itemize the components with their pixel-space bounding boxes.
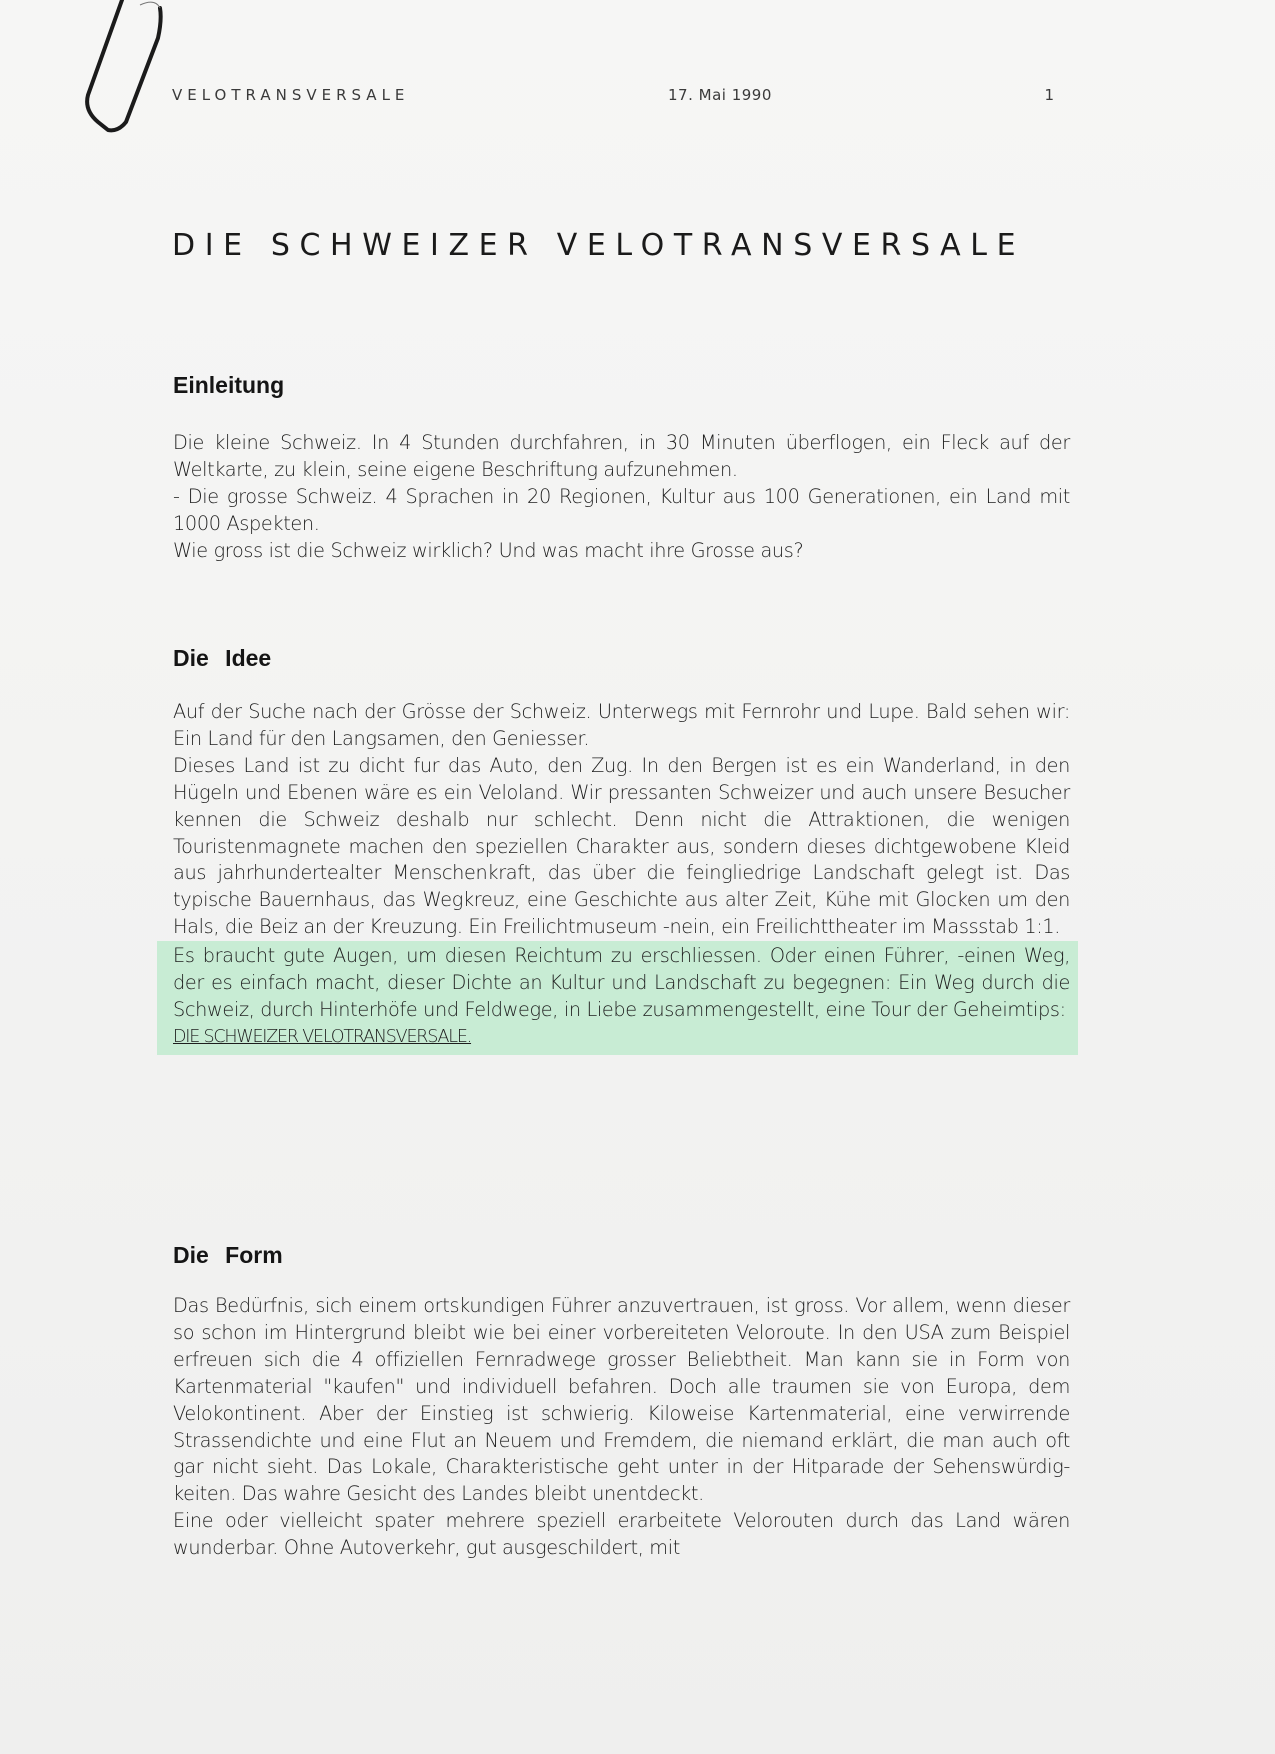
document-title: DIE SCHWEIZER VELOTRANSVERSALE	[172, 228, 1072, 263]
document-date: 17. Mai 1990	[668, 86, 772, 104]
highlighted-passage: Es braucht gute Augen, um diesen Reichtu…	[157, 941, 1078, 1055]
section-heading-die-idee: Die Idee	[173, 645, 271, 672]
page-number: 1	[1044, 86, 1054, 104]
paragraph: Wie gross ist die Schweiz wirklich? Und …	[173, 538, 1070, 565]
document-page: VELOTRANSVERSALE 17. Mai 1990 1 DIE SCHW…	[0, 0, 1275, 1754]
running-title: VELOTRANSVERSALE	[172, 86, 409, 104]
highlighted-title: DIE SCHWEIZER VELOTRANSVERSALE.	[173, 1024, 1070, 1051]
section-body-die-idee: Auf der Suche nach der Grösse der Schwei…	[173, 699, 1070, 1055]
paragraph: Die kleine Schweiz. In 4 Stunden durchfa…	[173, 430, 1070, 484]
paragraph: Auf der Suche nach der Grösse der Schwei…	[173, 699, 1070, 753]
paragraph: Dieses Land ist zu dicht fur das Auto, d…	[173, 753, 1070, 941]
running-header: VELOTRANSVERSALE 17. Mai 1990 1	[172, 86, 1072, 110]
paragraph: Eine oder vielleicht spater mehrere spez…	[173, 1508, 1070, 1562]
paragraph: Es braucht gute Augen, um diesen Reichtu…	[173, 943, 1070, 1024]
section-body-einleitung: Die kleine Schweiz. In 4 Stunden durchfa…	[173, 430, 1070, 565]
section-body-die-form: Das Bedürfnis, sich einem ortskundigen F…	[173, 1293, 1070, 1562]
paragraph: Das Bedürfnis, sich einem ortskundigen F…	[173, 1293, 1070, 1508]
paperclip-icon	[80, 0, 170, 135]
paragraph: - Die grosse Schweiz. 4 Sprachen in 20 R…	[173, 484, 1070, 538]
section-heading-einleitung: Einleitung	[173, 372, 284, 399]
section-heading-die-form: Die Form	[173, 1242, 283, 1269]
